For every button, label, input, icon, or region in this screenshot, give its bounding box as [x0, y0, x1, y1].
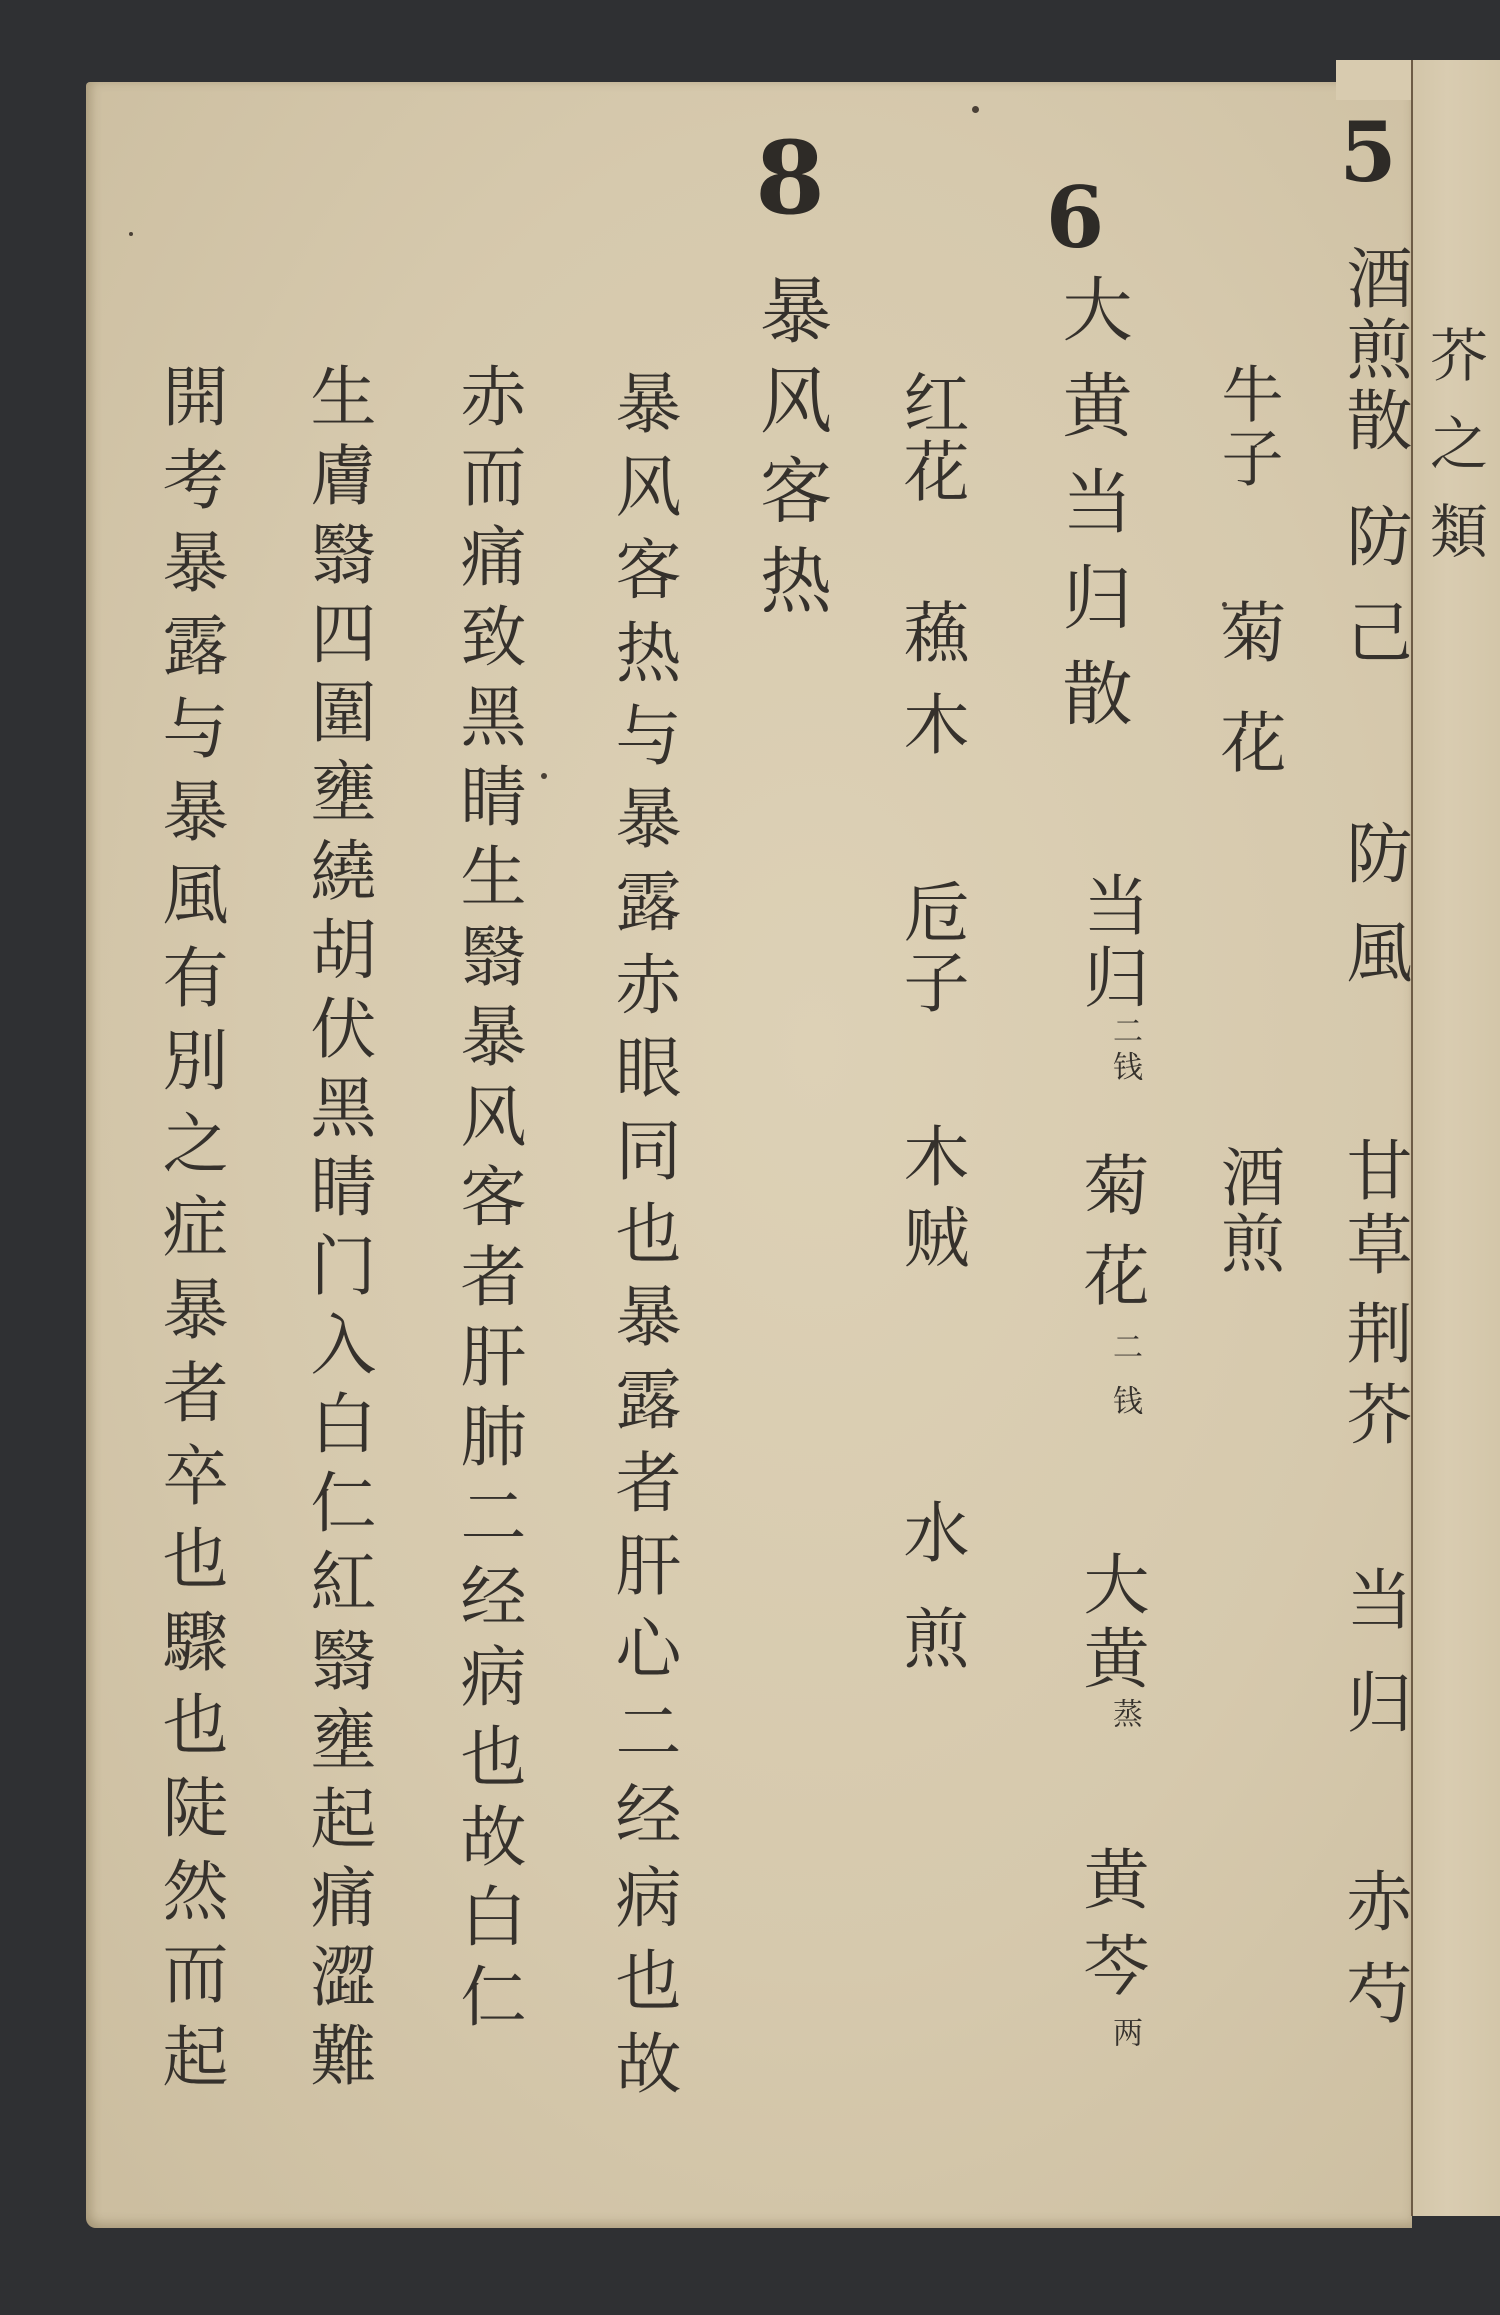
ingredient: 甘草: [1340, 1136, 1406, 1284]
ingredient: 防風: [1340, 819, 1406, 1017]
ink-spot: [129, 232, 133, 236]
prescription-number: 5: [1339, 112, 1396, 194]
ingredient: 当归二钱: [1077, 871, 1143, 1087]
ingredient: 牛子: [1216, 362, 1278, 490]
ingredient-name: 当归: [1072, 871, 1149, 1015]
section-number: 8: [755, 128, 825, 228]
processing-note: 蒸: [1107, 1698, 1142, 1736]
dosage-note: 二钱: [1107, 1015, 1142, 1087]
margin-title: 芥之類: [1425, 325, 1483, 589]
body-text-column: 赤而痛致黑睛生翳暴风客者肝肺二经病也故白仁: [454, 362, 520, 2042]
dosage-note: 二钱: [1107, 1331, 1142, 1439]
preparation-method: 水煎: [897, 1498, 963, 1710]
body-text-column: 暴风客热与暴露赤眼同也暴露者肝心二经病也故: [609, 369, 675, 2112]
ingredient: 黄芩两: [1077, 1845, 1143, 2067]
ingredient: 卮子: [897, 878, 963, 1018]
ingredient: 菊花: [1214, 598, 1280, 818]
prescription-number: 6: [1046, 176, 1104, 260]
ingredient: 赤芍: [1340, 1867, 1406, 2051]
ingredient-name: 菊花: [1072, 1151, 1149, 1331]
ingredient: 红花: [897, 369, 963, 505]
prescription-name: 酒煎散: [1340, 244, 1406, 457]
body-text-column: 開考暴露与暴風有別之症暴者卒也驟也陡然而起: [156, 362, 222, 2105]
body-text-column: 生膚翳四圍壅繞胡伏黑睛门入白仁紅翳壅起痛澀難: [304, 362, 370, 2100]
ingredient: 荆芥: [1340, 1299, 1406, 1461]
ink-spot: [972, 106, 979, 113]
dosage-note: 两: [1107, 2017, 1142, 2067]
ingredient: 木贼: [897, 1122, 963, 1284]
leaf-edge: [1336, 60, 1412, 100]
prescription-name: 大黄当归散: [1057, 273, 1127, 753]
ingredient: 当归: [1340, 1565, 1406, 1771]
ink-spot: [541, 773, 547, 779]
ingredient: 蘓木: [897, 598, 963, 782]
ingredient-name: 大黄: [1072, 1550, 1149, 1698]
ingredient: 菊花二钱: [1077, 1151, 1143, 1439]
section-title: 暴风客热: [754, 273, 826, 633]
ingredient: 大黄蒸: [1077, 1550, 1143, 1736]
preparation-method: 酒煎: [1215, 1144, 1279, 1276]
ingredient-name: 黄芩: [1072, 1845, 1149, 2017]
ingredient: 防己: [1340, 502, 1406, 694]
